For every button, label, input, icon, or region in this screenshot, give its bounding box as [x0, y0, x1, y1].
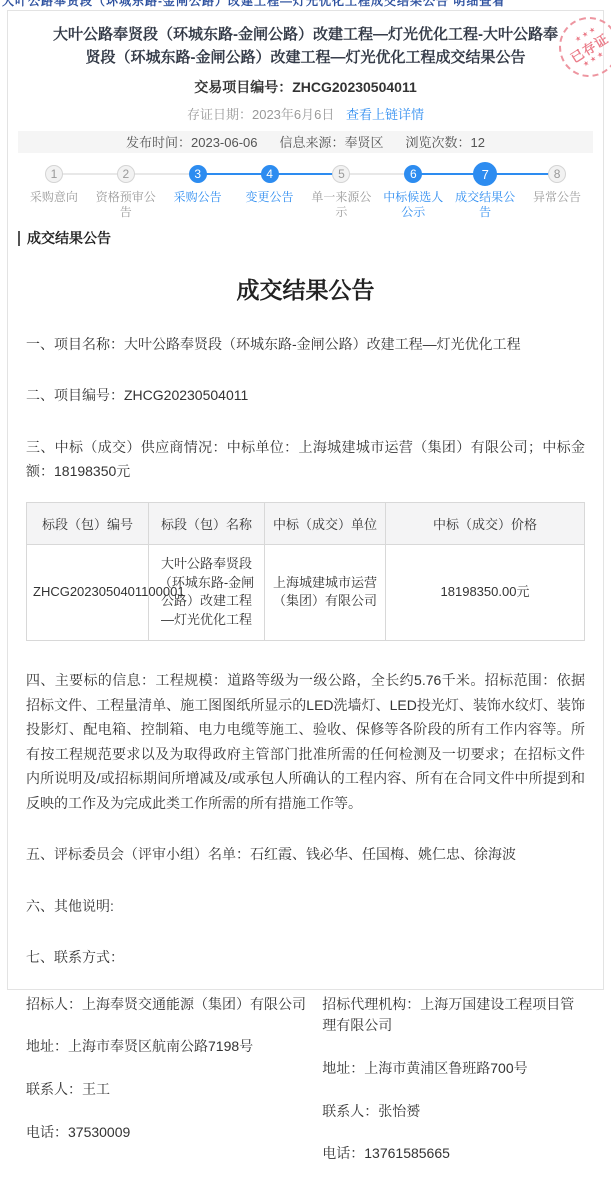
view-chain-details-link[interactable]: 查看上链详情 [346, 107, 424, 122]
certified-seal-stamp: ★ ★ ★ 已存证 ★ ★ ★ [551, 9, 611, 85]
col-winning-price: 中标（成交）价格 [386, 502, 585, 544]
step-7-label: 成交结果公告 [449, 190, 521, 221]
publish-time: 发布时间：2023-06-06 [126, 132, 258, 151]
table-row: ZHCG2023050401100001 大叶公路奉贤段（环城东路-金闸公路）改… [27, 544, 585, 640]
current-section-tab: 成交结果公告 [18, 231, 593, 246]
section-winning-supplier: 三、中标（成交）供应商情况：中标单位：上海城建城市运营（集团）有限公司；中标金额… [26, 435, 585, 484]
announcement-heading: 成交结果公告 [18, 272, 593, 305]
cell-winning-unit: 上海城建城市运营（集团）有限公司 [265, 544, 386, 640]
step-5-circle: 5 [332, 165, 350, 183]
step-2-circle: 2 [117, 165, 135, 183]
view-count: 浏览次数：12 [406, 132, 485, 151]
cell-winning-price: 18198350.00元 [386, 544, 585, 640]
step-3-label: 采购公告 [162, 190, 234, 206]
info-source: 信息来源：奉贤区 [280, 132, 384, 151]
clipped-text: 大叶公路奉贤段（环城东路-金闸公路）改建工程—灯光优化工程成交结果公告 明细查看 [2, 0, 505, 9]
page-title: 大叶公路奉贤段（环城东路-金闸公路）改建工程—灯光优化工程-大叶公路奉贤段（环城… [52, 23, 559, 70]
step-1-label: 采购意向 [18, 190, 90, 206]
clipped-previous-line: 大叶公路奉贤段（环城东路-金闸公路）改建工程—灯光优化工程成交结果公告 明细查看 [0, 0, 611, 9]
bid-result-table: 标段（包）编号 标段（包）名称 中标（成交）单位 中标（成交）价格 ZHCG20… [26, 502, 585, 641]
step-4-label: 变更公告 [234, 190, 306, 206]
step-4-circle: 4 [261, 165, 279, 183]
section-project-name: 一、项目名称：大叶公路奉贤段（环城东路-金闸公路）改建工程—灯光优化工程 [26, 332, 585, 357]
step-8-circle: 8 [548, 165, 566, 183]
cell-section-number: ZHCG2023050401100001 [27, 544, 149, 640]
step-single-source[interactable]: 5 单一来源公示 [306, 161, 378, 221]
announcement-stepper: 1 采购意向 2 资格预审公告 3 采购公告 4 变更公告 5 单一来源公示 6… [18, 161, 593, 221]
step-change-announcement[interactable]: 4 变更公告 [234, 161, 306, 221]
step-5-label: 单一来源公示 [306, 190, 378, 221]
col-section-name: 标段（包）名称 [149, 502, 265, 544]
col-section-number: 标段（包）编号 [27, 502, 149, 544]
step-result-announcement[interactable]: 7 成交结果公告 [449, 161, 521, 221]
step-prequalification[interactable]: 2 资格预审公告 [90, 161, 162, 221]
section-main-subject-info: 四、主要标的信息：工程规模：道路等级为一级公路，全长约5.76千米。招标范围：依… [26, 668, 585, 815]
section-evaluation-committee: 五、评标委员会（评审小组）名单：石红霞、钱必华、任国梅、姚仁忠、徐海波 [26, 842, 585, 867]
step-procurement-announcement[interactable]: 3 采购公告 [162, 161, 234, 221]
step-3-circle: 3 [189, 165, 207, 183]
section-other-notes: 六、其他说明: [26, 894, 585, 910]
col-winning-unit: 中标（成交）单位 [265, 502, 386, 544]
step-7-circle: 7 [473, 162, 497, 186]
step-6-circle: 6 [404, 165, 422, 183]
step-6-label: 中标候选人公示 [377, 190, 449, 221]
transaction-project-number: 交易项目编号：ZHCG20230504011 [18, 77, 593, 97]
step-candidate-publicity[interactable]: 6 中标候选人公示 [377, 161, 449, 221]
publish-info-bar: 发布时间：2023-06-06 信息来源：奉贤区 浏览次数：12 [18, 131, 593, 153]
step-8-label: 异常公告 [521, 190, 593, 206]
step-2-label: 资格预审公告 [90, 190, 162, 221]
table-header-row: 标段（包）编号 标段（包）名称 中标（成交）单位 中标（成交）价格 [27, 502, 585, 544]
step-procurement-intent[interactable]: 1 采购意向 [18, 161, 90, 221]
cert-date: 存证日期：2023年6月6日 [187, 107, 334, 122]
announcement-card: ★ ★ ★ 已存证 ★ ★ ★ 大叶公路奉贤段（环城东路-金闸公路）改建工程—灯… [7, 10, 604, 910]
step-1-circle: 1 [45, 165, 63, 183]
announcement-body: 一、项目名称：大叶公路奉贤段（环城东路-金闸公路）改建工程—灯光优化工程 二、项… [18, 332, 593, 910]
section-project-number: 二、项目编号：ZHCG20230504011 [26, 383, 585, 408]
step-abnormal-announcement[interactable]: 8 异常公告 [521, 161, 593, 221]
cert-date-line: 存证日期：2023年6月6日 查看上链详情 [18, 104, 593, 123]
